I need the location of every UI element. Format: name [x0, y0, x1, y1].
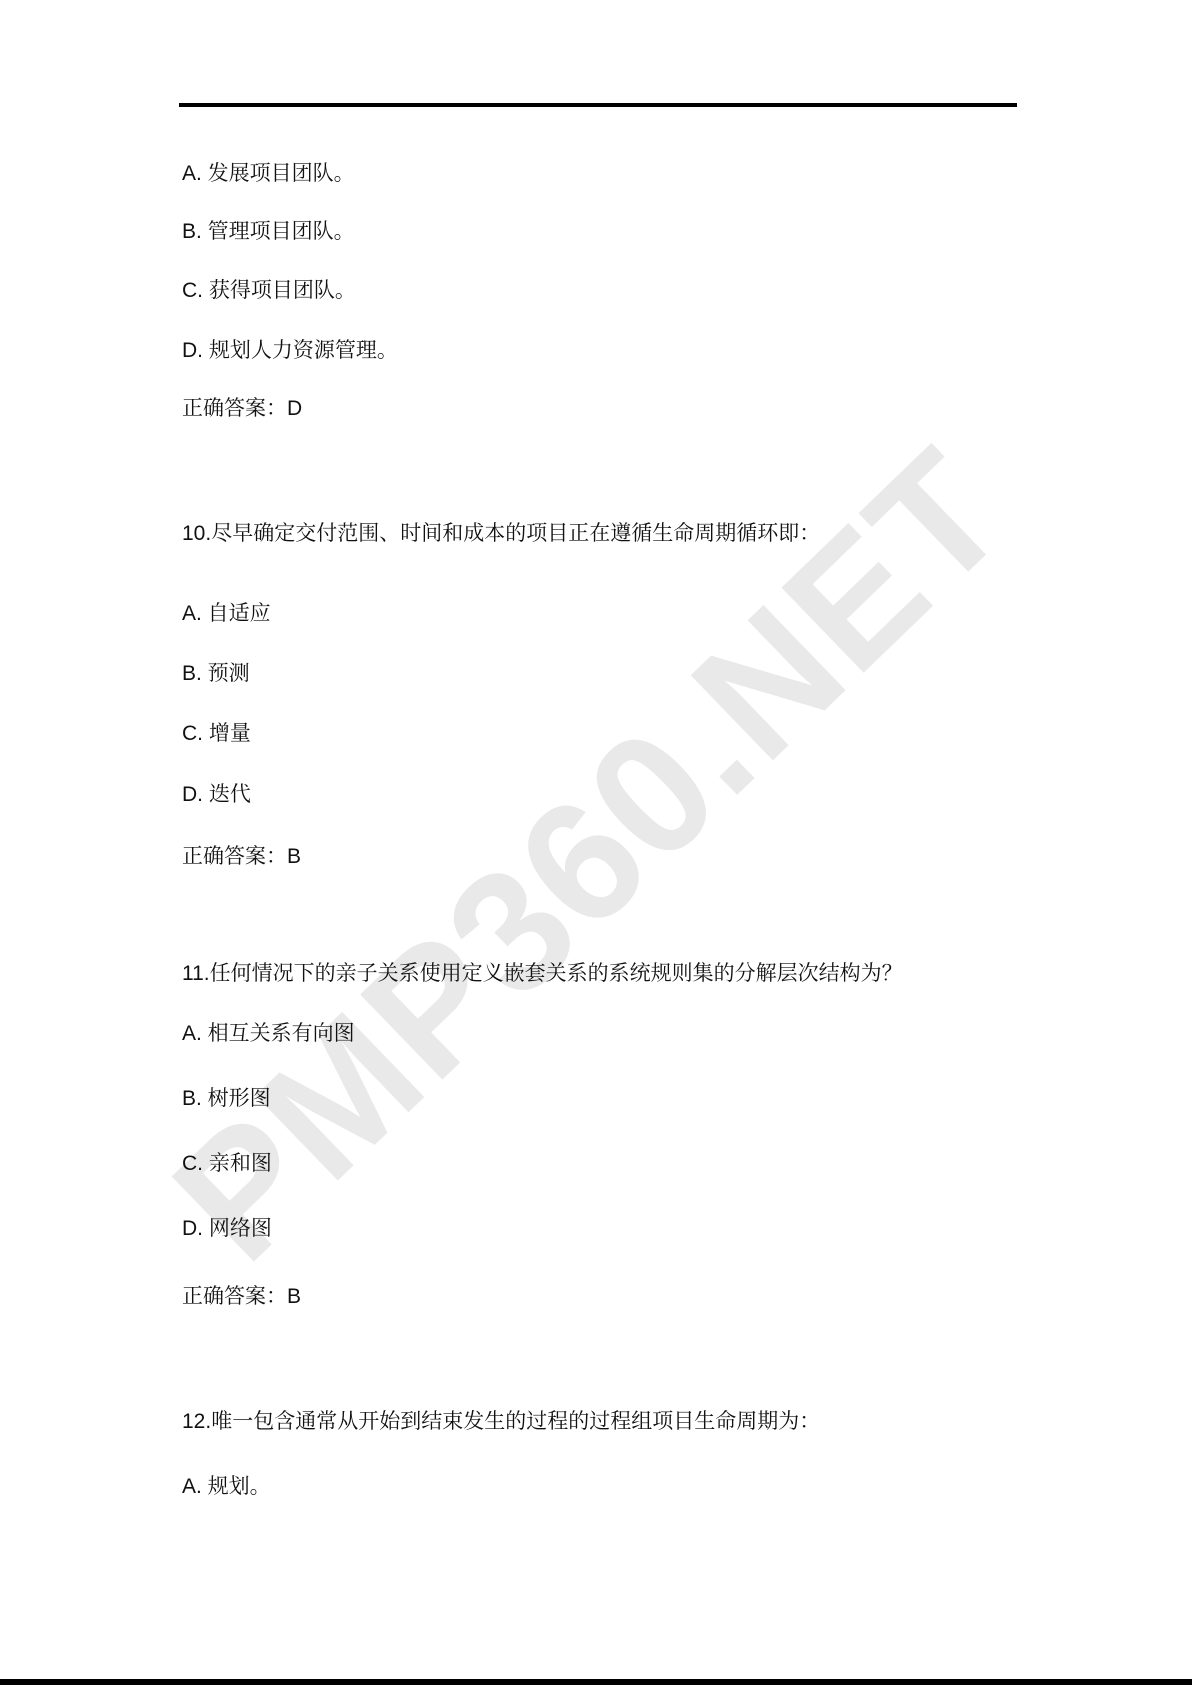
- q9-option-c: C. 获得项目团队。: [182, 278, 356, 304]
- q10-option-c: C. 增量: [182, 721, 251, 747]
- q9-option-d: D. 规划人力资源管理。: [182, 338, 398, 364]
- q12-text: 12.唯一包含通常从开始到结束发生的过程的过程组项目生命周期为：: [182, 1409, 820, 1435]
- q11-option-c: C. 亲和图: [182, 1151, 272, 1177]
- q10-option-a: A. 自适应: [182, 601, 271, 627]
- q11-option-b: B. 树形图: [182, 1086, 271, 1112]
- q11-answer: 正确答案：B: [182, 1284, 301, 1310]
- q10-text: 10.尽早确定交付范围、时间和成本的项目正在遵循生命周期循环即：: [182, 521, 820, 547]
- q10-option-d: D. 迭代: [182, 782, 251, 808]
- q9-answer: 正确答案：D: [182, 396, 302, 422]
- q11-option-d: D. 网络图: [182, 1216, 272, 1242]
- bottom-rule: [0, 1679, 1192, 1685]
- q9-option-b: B. 管理项目团队。: [182, 219, 355, 245]
- q10-answer: 正确答案：B: [182, 844, 301, 870]
- top-rule: [179, 103, 1017, 107]
- document-page: PMP360.NET A. 发展项目团队。 B. 管理项目团队。 C. 获得项目…: [0, 0, 1192, 1685]
- q10-option-b: B. 预测: [182, 661, 250, 687]
- q11-text: 11.任何情况下的亲子关系使用定义嵌套关系的系统规则集的分解层次结构为？: [182, 961, 903, 987]
- q12-option-a: A. 规划。: [182, 1474, 271, 1500]
- q9-option-a: A. 发展项目团队。: [182, 161, 355, 187]
- q11-option-a: A. 相互关系有向图: [182, 1021, 355, 1047]
